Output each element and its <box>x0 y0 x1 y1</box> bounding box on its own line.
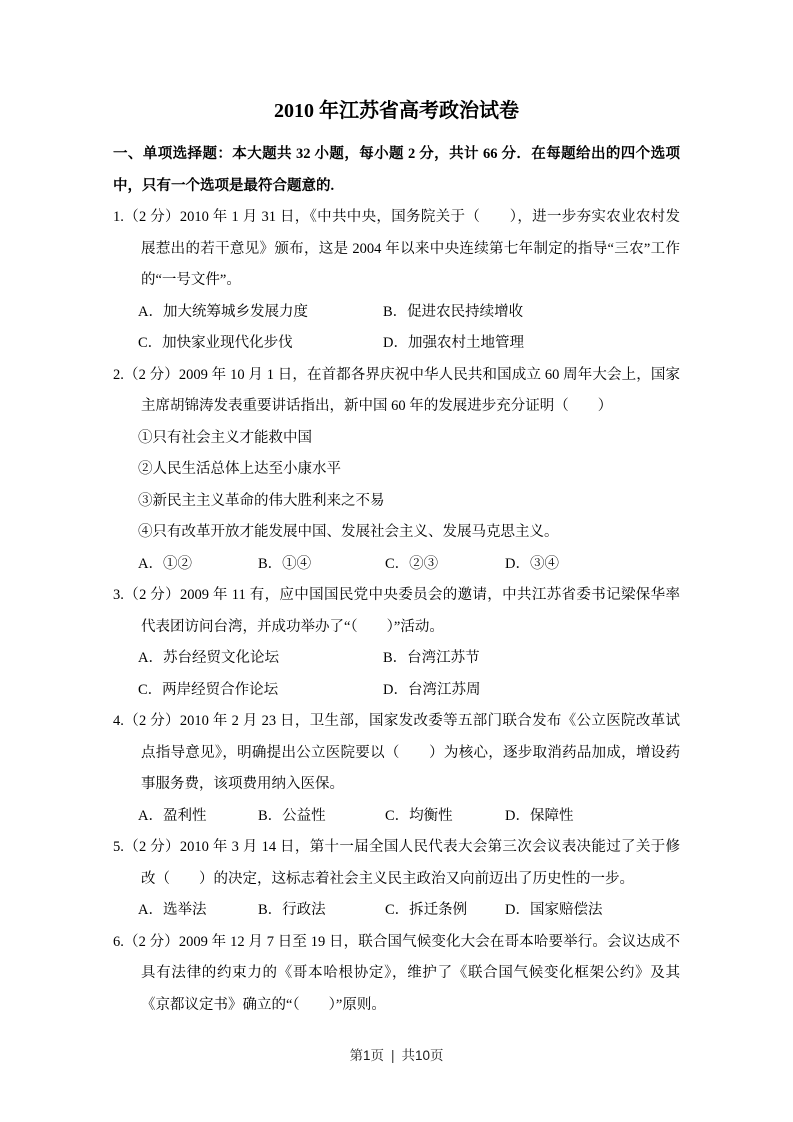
question-text: 3.（2 分）2009 年 11 有，应中国国民党中央委员会的邀请，中共江苏省委… <box>113 580 680 643</box>
question-score: （2 分） <box>124 209 180 225</box>
question-3: 3.（2 分）2009 年 11 有，应中国国民党中央委员会的邀请，中共江苏省委… <box>113 580 680 706</box>
footer-separator: | <box>391 1048 395 1063</box>
option-b: B．促进农民持续增收 <box>383 297 680 329</box>
option-a: A．①② <box>138 549 258 581</box>
option-c: C．均衡性 <box>385 801 505 833</box>
question-number: 1. <box>113 209 124 225</box>
option-c: C．②③ <box>385 549 505 581</box>
question-2-options: A．①② B．①④ C．②③ D．③④ <box>113 549 680 581</box>
question-text: 4.（2 分）2010 年 2 月 23 日，卫生部，国家发改委等五部门联合发布… <box>113 706 680 801</box>
question-6: 6.（2 分）2009 年 12 月 7 日至 19 日，联合国气候变化大会在哥… <box>113 927 680 1022</box>
question-4-options: A．盈利性 B．公益性 C．均衡性 D．保障性 <box>113 801 680 833</box>
section-heading: 一、单项选择题：本大题共 32 小题，每小题 2 分，共计 66 分．在每题给出… <box>113 138 680 202</box>
question-score: （2 分） <box>124 934 179 950</box>
page-number: 第1页 <box>349 1048 384 1063</box>
question-1: 1.（2 分）2010 年 1 月 31 日，《中共中央，国务院关于（ ），进一… <box>113 202 680 360</box>
option-a: A．苏台经贸文化论坛 <box>138 643 383 675</box>
question-number: 2. <box>113 367 124 383</box>
question-score: （2 分） <box>124 587 180 603</box>
question-text: 2.（2 分）2009 年 10 月 1 日，在首都各界庆祝中华人民共和国成立 … <box>113 360 680 423</box>
option-d: D．台湾江苏周 <box>383 675 680 707</box>
sub-item-3: ③新民主主义革命的伟大胜利来之不易 <box>113 486 680 518</box>
question-number: 3. <box>113 587 124 603</box>
question-body: 2009 年 12 月 7 日至 19 日，联合国气候变化大会在哥本哈要举行。会… <box>141 934 680 1013</box>
question-3-options: A．苏台经贸文化论坛 B．台湾江苏节 C．两岸经贸合作论坛 D．台湾江苏周 <box>113 643 680 706</box>
option-c: C．两岸经贸合作论坛 <box>138 675 383 707</box>
question-5-options: A．选举法 B．行政法 C．拆迁条例 D．国家赔偿法 <box>113 895 680 927</box>
sub-item-2: ②人民生活总体上达至小康水平 <box>113 454 680 486</box>
question-text: 6.（2 分）2009 年 12 月 7 日至 19 日，联合国气候变化大会在哥… <box>113 927 680 1022</box>
question-number: 6. <box>113 934 124 950</box>
option-d: D．加强农村土地管理 <box>383 328 680 360</box>
option-b: B．台湾江苏节 <box>383 643 680 675</box>
option-d: D．保障性 <box>505 801 680 833</box>
question-body: 2009 年 10 月 1 日，在首都各界庆祝中华人民共和国成立 60 周年大会… <box>141 367 680 415</box>
question-number: 5. <box>113 839 124 855</box>
question-2: 2.（2 分）2009 年 10 月 1 日，在首都各界庆祝中华人民共和国成立 … <box>113 360 680 581</box>
question-body: 2010 年 3 月 14 日，第十一届全国人民代表大会第三次会议表决能过了关于… <box>141 839 680 887</box>
option-b: B．公益性 <box>258 801 385 833</box>
question-4: 4.（2 分）2010 年 2 月 23 日，卫生部，国家发改委等五部门联合发布… <box>113 706 680 832</box>
option-c: C．拆迁条例 <box>385 895 505 927</box>
option-c: C．加快家业现代化步伐 <box>138 328 383 360</box>
question-score: （2 分） <box>124 713 180 729</box>
option-b: B．①④ <box>258 549 385 581</box>
option-a: A．盈利性 <box>138 801 258 833</box>
option-d: D．③④ <box>505 549 680 581</box>
exam-paper-page: 2010 年江苏省高考政治试卷 一、单项选择题：本大题共 32 小题，每小题 2… <box>0 0 793 1122</box>
question-1-options: A．加大统筹城乡发展力度 B．促进农民持续增收 C．加快家业现代化步伐 D．加强… <box>113 297 680 360</box>
option-a: A．选举法 <box>138 895 258 927</box>
question-score: （2 分） <box>124 367 179 383</box>
sub-item-1: ①只有社会主义才能救中国 <box>113 423 680 455</box>
question-number: 4. <box>113 713 124 729</box>
question-body: 2009 年 11 有，应中国国民党中央委员会的邀请，中共江苏省委书记梁保华率代… <box>141 587 680 635</box>
page-total: 共10页 <box>402 1048 444 1063</box>
question-body: 2010 年 1 月 31 日，《中共中央，国务院关于（ ），进一步夯实农业农村… <box>141 209 680 288</box>
question-text: 1.（2 分）2010 年 1 月 31 日，《中共中央，国务院关于（ ），进一… <box>113 202 680 297</box>
question-5: 5.（2 分）2010 年 3 月 14 日，第十一届全国人民代表大会第三次会议… <box>113 832 680 927</box>
question-body: 2010 年 2 月 23 日，卫生部，国家发改委等五部门联合发布《公立医院改革… <box>141 713 680 792</box>
page-footer: 第1页|共10页 <box>0 1044 793 1064</box>
page-title: 2010 年江苏省高考政治试卷 <box>113 95 680 128</box>
sub-item-4: ④只有改革开放才能发展中国、发展社会主义、发展马克思主义。 <box>113 517 680 549</box>
option-a: A．加大统筹城乡发展力度 <box>138 297 383 329</box>
question-text: 5.（2 分）2010 年 3 月 14 日，第十一届全国人民代表大会第三次会议… <box>113 832 680 895</box>
option-b: B．行政法 <box>258 895 385 927</box>
option-d: D．国家赔偿法 <box>505 895 680 927</box>
question-score: （2 分） <box>124 839 180 855</box>
